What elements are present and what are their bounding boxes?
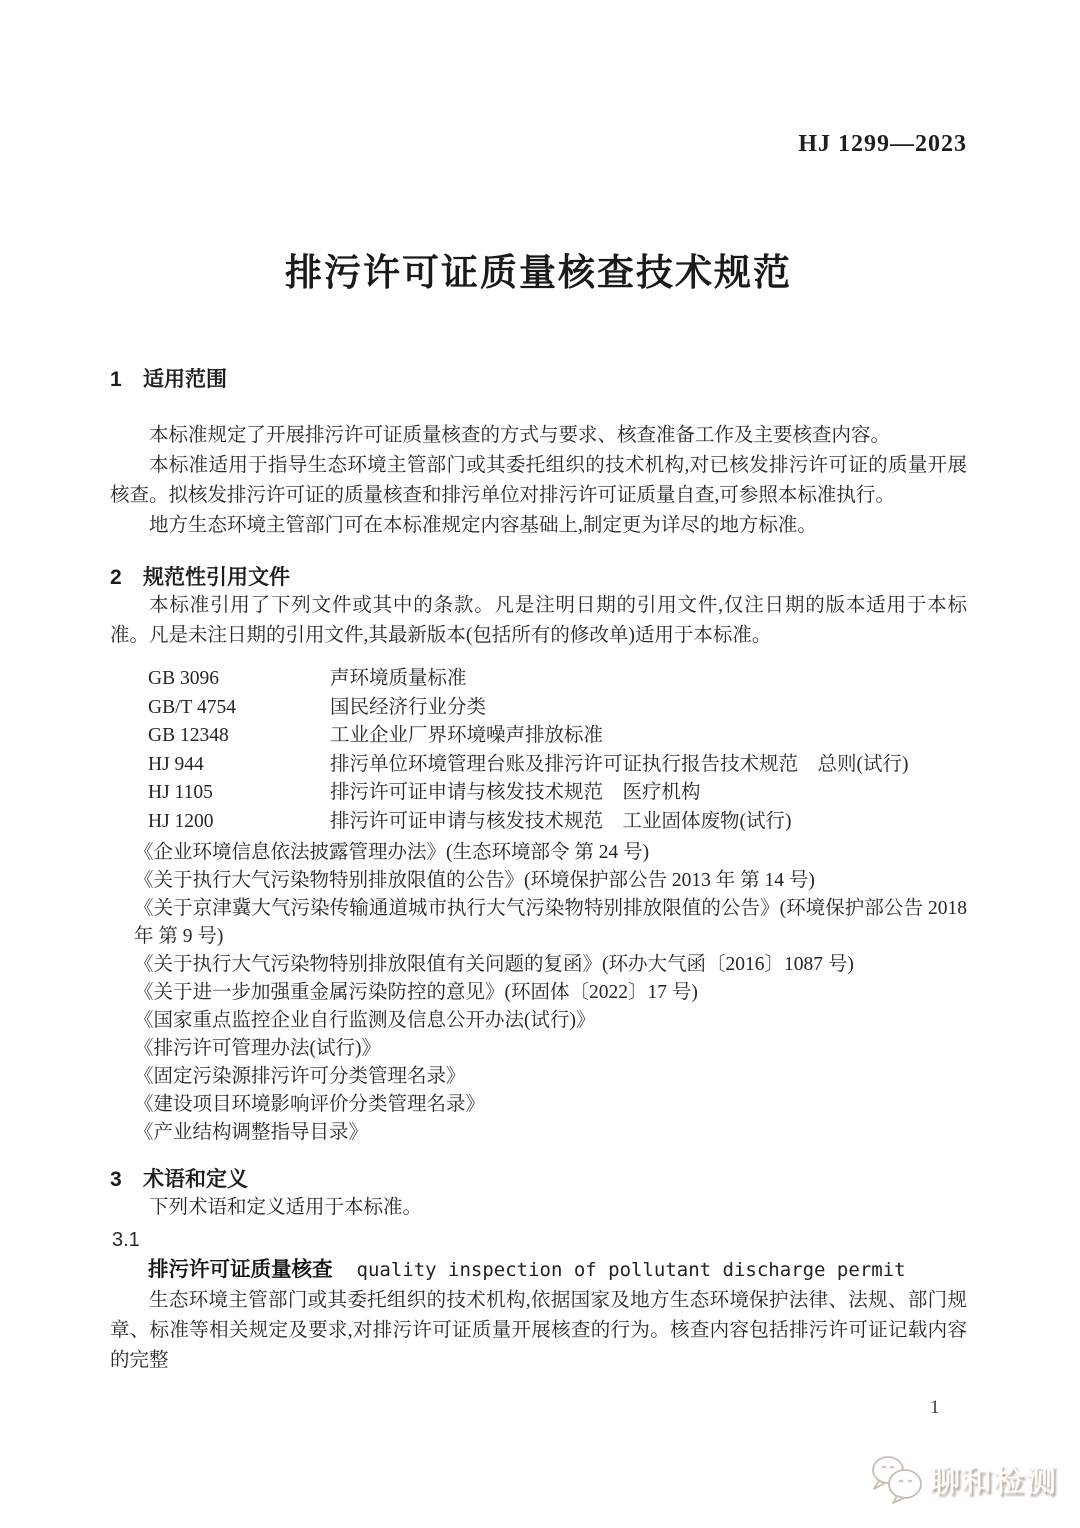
standard-title: 工业企业厂界环境噪声排放标准 (330, 725, 603, 746)
paragraph: 本标准适用于指导生态环境主管部门或其委托组织的技术机构,对已核发排污许可证的质量… (110, 451, 967, 511)
term-chinese: 排污许可证质量核查 (148, 1258, 333, 1281)
standard-title: 国民经济行业分类 (330, 697, 486, 718)
standard-row: GB 3096声环境质量标准 (148, 665, 967, 694)
section-1-body: 本标准规定了开展排污许可证质量核查的方式与要求、核查准备工作及主要核查内容。 本… (110, 421, 967, 541)
term-definition-text: 生态环境主管部门或其委托组织的技术机构,依据国家及地方生态环境保护法律、法规、部… (110, 1286, 967, 1376)
standard-row: GB 12348工业企业厂界环境噪声排放标准 (148, 722, 967, 751)
standard-row: GB/T 4754国民经济行业分类 (148, 694, 967, 723)
paragraph: 地方生态环境主管部门可在本标准规定内容基础上,制定更为详尽的地方标准。 (110, 511, 967, 541)
standard-title: 排污单位环境管理台账及排污许可证执行报告技术规范 总则(试行) (330, 754, 909, 775)
document-item: 《排污许可管理办法(试行)》 (134, 1035, 967, 1063)
document-item: 《固定污染源排污许可分类管理名录》 (134, 1063, 967, 1091)
standard-number: HJ 1299—2023 (110, 131, 967, 157)
section-3-title: 术语和定义 (143, 1167, 248, 1193)
section-1-heading: 1 适用范围 (110, 367, 967, 393)
standard-code: HJ 1200 (148, 808, 330, 837)
document-item: 《建设项目环境影响评价分类管理名录》 (134, 1091, 967, 1119)
section-3-number: 3 (110, 1167, 143, 1193)
standard-row: HJ 1200排污许可证申请与核发技术规范 工业固体废物(试行) (148, 808, 967, 837)
watermark-text: 聊和检测 (930, 1456, 1058, 1500)
document-item: 《企业环境信息依法披露管理办法》(生态环境部令 第 24 号) (134, 839, 967, 867)
section-2-intro: 本标准引用了下列文件或其中的条款。凡是注明日期的引用文件,仅注日期的版本适用于本… (110, 591, 967, 651)
standard-code: HJ 1105 (148, 779, 330, 808)
standard-code: HJ 944 (148, 751, 330, 780)
document-item: 《关于执行大气污染物特别排放限值的公告》(环境保护部公告 2013 年 第 14… (134, 867, 967, 895)
term-english: quality inspection of pollutant discharg… (357, 1259, 906, 1281)
section-3-heading: 3 术语和定义 (110, 1167, 967, 1193)
document-item: 《产业结构调整指导目录》 (134, 1119, 967, 1147)
standard-row: HJ 944排污单位环境管理台账及排污许可证执行报告技术规范 总则(试行) (148, 751, 967, 780)
term-number: 3.1 (112, 1228, 967, 1252)
document-title: 排污许可证质量核查技术规范 (110, 251, 967, 295)
term-definition-heading: 排污许可证质量核查quality inspection of pollutant… (110, 1256, 967, 1286)
wechat-icon (868, 1452, 924, 1504)
section-2-heading: 2 规范性引用文件 (110, 565, 967, 591)
document-page: HJ 1299—2023 排污许可证质量核查技术规范 1 适用范围 本标准规定了… (0, 0, 1080, 1528)
section-2-title: 规范性引用文件 (143, 565, 290, 591)
standard-code: GB 3096 (148, 665, 330, 694)
standard-title: 排污许可证申请与核发技术规范 工业固体废物(试行) (330, 811, 792, 832)
section-1-number: 1 (110, 367, 143, 393)
page-content: HJ 1299—2023 排污许可证质量核查技术规范 1 适用范围 本标准规定了… (110, 0, 967, 1376)
page-number: 1 (930, 1396, 940, 1420)
document-item: 《关于执行大气污染物特别排放限值有关问题的复函》(环办大气函〔2016〕1087… (134, 951, 967, 979)
standard-row: HJ 1105排污许可证申请与核发技术规范 医疗机构 (148, 779, 967, 808)
referenced-standards-list: GB 3096声环境质量标准 GB/T 4754国民经济行业分类 GB 1234… (110, 665, 967, 836)
section-2-number: 2 (110, 565, 143, 591)
standard-code: GB 12348 (148, 722, 330, 751)
section-3-intro: 下列术语和定义适用于本标准。 (110, 1193, 967, 1223)
watermark: 聊和检测 (868, 1452, 1058, 1504)
document-item: 《关于京津冀大气污染传输通道城市执行大气污染物特别排放限值的公告》(环境保护部公… (134, 895, 967, 951)
standard-title: 声环境质量标准 (330, 668, 467, 689)
document-item: 《关于进一步加强重金属污染防控的意见》(环固体〔2022〕17 号) (134, 979, 967, 1007)
standard-code: GB/T 4754 (148, 694, 330, 723)
section-1-title: 适用范围 (143, 367, 227, 393)
referenced-documents-list: 《企业环境信息依法披露管理办法》(生态环境部令 第 24 号) 《关于执行大气污… (110, 839, 967, 1147)
standard-title: 排污许可证申请与核发技术规范 医疗机构 (330, 782, 701, 803)
paragraph: 本标准规定了开展排污许可证质量核查的方式与要求、核查准备工作及主要核查内容。 (110, 421, 967, 451)
document-item: 《国家重点监控企业自行监测及信息公开办法(试行)》 (134, 1007, 967, 1035)
